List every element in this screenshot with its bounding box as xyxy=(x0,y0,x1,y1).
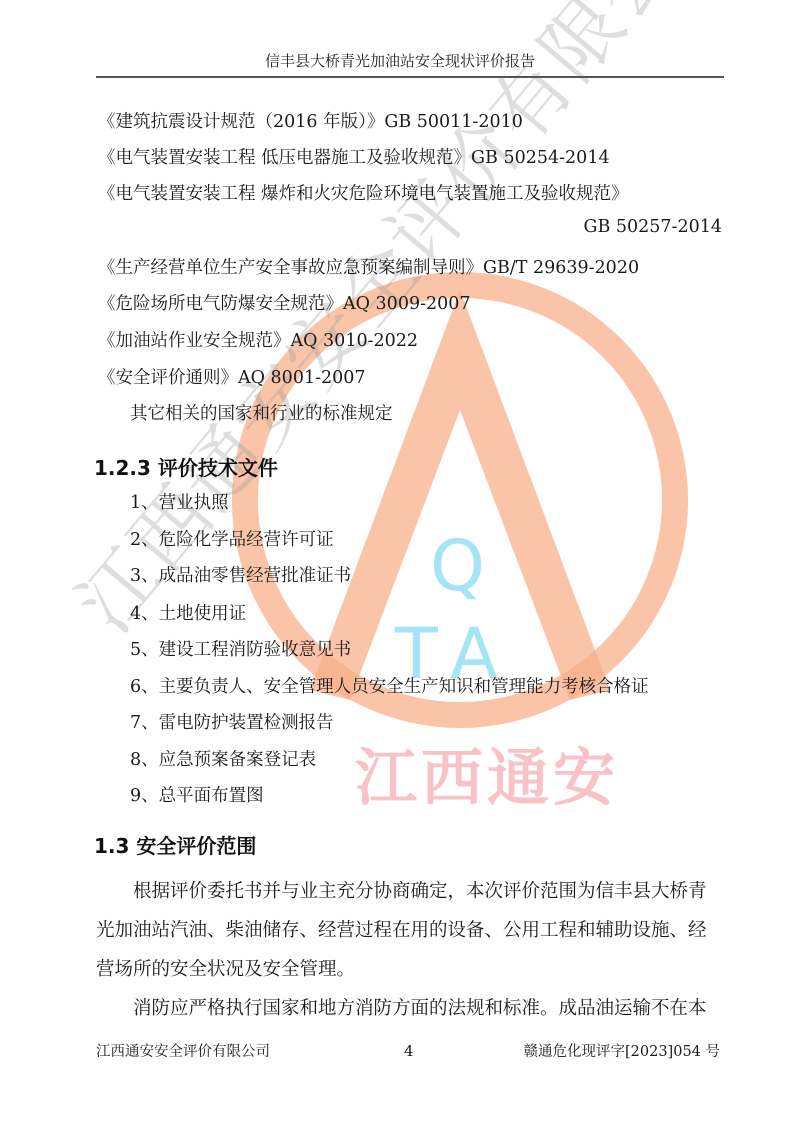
page-header-title: 信丰县大桥青光加油站安全现状评价报告 xyxy=(0,50,800,71)
reference-item-other: 其它相关的国家和行业的标准规定 xyxy=(130,400,393,425)
document-list-item: 5、建设工程消防验收意见书 xyxy=(130,636,351,661)
document-list-item: 9、总平面布置图 xyxy=(130,782,264,807)
header-divider xyxy=(96,76,724,78)
footer-company: 江西通安安全评价有限公司 xyxy=(96,1040,270,1061)
document-list-item: 2、危险化学品经营许可证 xyxy=(130,526,334,551)
reference-item: 《建筑抗震设计规范（2016 年版）》GB 50011-2010 xyxy=(98,108,523,133)
document-list-item: 6、主要负责人、安全管理人员安全生产知识和管理能力考核合格证 xyxy=(130,673,649,698)
paragraph-line: 光加油站汽油、柴油储存、经营过程在用的设备、公用工程和辅助设施、经 xyxy=(96,916,707,942)
document-list-item: 4、土地使用证 xyxy=(130,600,246,625)
reference-item: 《电气装置安装工程 爆炸和火灾危险环境电气装置施工及验收规范》 xyxy=(98,180,629,205)
document-page: Q T A 江西通安 江西通安安全评价有限公司 信丰县大桥青光加油站安全现状评价… xyxy=(0,0,800,1131)
document-list-item: 3、成品油零售经营批准证书 xyxy=(130,562,351,587)
document-list-item: 1、营业执照 xyxy=(130,489,229,514)
paragraph-line: 根据评价委托书并与业主充分协商确定，本次评价范围为信丰县大桥青 xyxy=(133,877,707,903)
reference-item: 《加油站作业安全规范》AQ 3010-2022 xyxy=(98,327,418,352)
paragraph-line: 消防应严格执行国家和地方消防方面的法规和标准。成品油运输不在本 xyxy=(133,994,707,1020)
reference-item: 《生产经营单位生产安全事故应急预案编制导则》GB/T 29639-2020 xyxy=(98,254,639,279)
section-heading-1-2-3: 1.2.3 评价技术文件 xyxy=(94,452,278,481)
page-number: 4 xyxy=(404,1042,414,1060)
reference-item-code: GB 50257-2014 xyxy=(583,217,722,237)
document-list-item: 8、应急预案备案登记表 xyxy=(130,746,316,771)
reference-item: 《危险场所电气防爆安全规范》AQ 3009-2007 xyxy=(98,290,471,315)
reference-item: 《电气装置安装工程 低压电器施工及验收规范》GB 50254-2014 xyxy=(98,144,610,169)
footer-document-number: 赣通危化现评字[2023]054 号 xyxy=(524,1040,721,1061)
section-heading-1-3: 1.3 安全评价范围 xyxy=(94,830,256,859)
reference-item: 《安全评价通则》AQ 8001-2007 xyxy=(98,364,366,389)
document-list-item: 7、雷电防护装置检测报告 xyxy=(130,709,334,734)
paragraph-line: 营场所的安全状况及安全管理。 xyxy=(96,955,355,981)
